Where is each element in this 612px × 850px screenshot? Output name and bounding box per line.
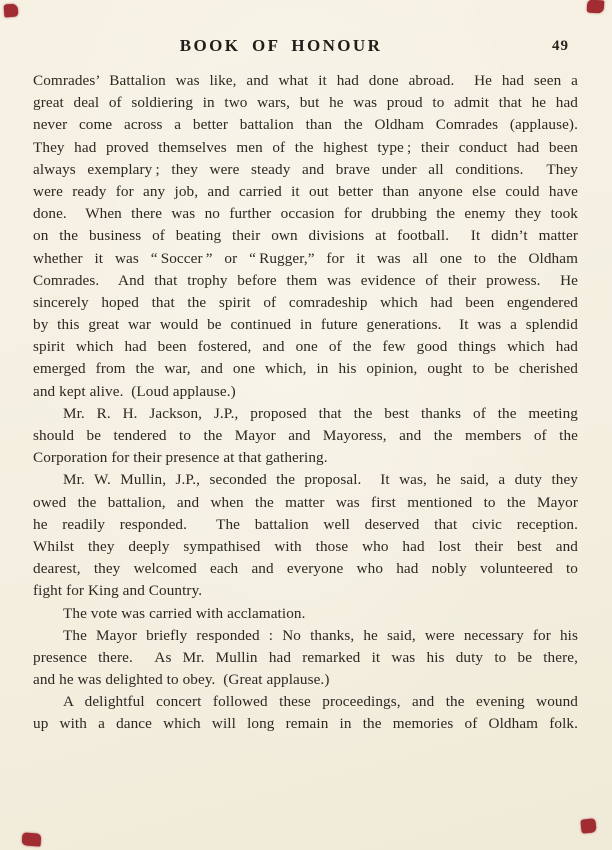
text-line: and kept alive. (Loud applause.)	[33, 381, 578, 403]
text-line: owed the battalion, and when the matter …	[33, 492, 578, 514]
text-line: presence there. As Mr. Mullin had remark…	[33, 647, 578, 669]
text-line: up with a dance which will long remain i…	[33, 713, 578, 735]
text-line: sincerely hoped that the spirit of comra…	[33, 292, 578, 314]
text-line: on the business of beating their own div…	[33, 225, 578, 247]
text-line: fight for King and Country.	[33, 580, 578, 602]
red-corner-mark-bottom-left	[22, 832, 42, 846]
text-line: never come across a better battalion tha…	[33, 114, 578, 136]
text-line: he readily responded. The battalion well…	[33, 514, 578, 536]
text-line: always exemplary ; they were steady and …	[33, 159, 578, 181]
text-line: They had proved themselves men of the hi…	[33, 137, 578, 159]
text-line: spirit which had been fostered, and one …	[33, 336, 578, 358]
red-corner-mark-bottom-right	[580, 818, 596, 833]
text-line: done. When there was no further occasion…	[33, 203, 578, 225]
text-line: were ready for any job, and carried it o…	[33, 181, 578, 203]
book-page: BOOK OF HONOUR 49 Comrades’ Battalion wa…	[0, 0, 612, 850]
text-line: great deal of soldiering in two wars, bu…	[33, 92, 578, 114]
text-line: A delightful concert followed these proc…	[33, 691, 578, 713]
text-line: Whilst they deeply sympathised with thos…	[33, 536, 578, 558]
text-line: should be tendered to the Mayor and Mayo…	[33, 425, 578, 447]
page-header-title: BOOK OF HONOUR	[0, 36, 562, 56]
red-corner-mark-top-right	[587, 0, 605, 13]
text-line: Mr. W. Mullin, J.P., seconded the propos…	[33, 469, 578, 491]
text-line: emerged from the war, and one which, in …	[33, 358, 578, 380]
text-line: and he was delighted to obey. (Great app…	[33, 669, 578, 691]
text-line: whether it was “ Soccer ” or “ Rugger,” …	[33, 248, 578, 270]
text-line: The vote was carried with acclamation.	[33, 603, 578, 625]
text-line: by this great war would be continued in …	[33, 314, 578, 336]
red-corner-mark-top-left	[4, 4, 19, 18]
page-number: 49	[552, 38, 569, 55]
text-line: Comrades’ Battalion was like, and what i…	[33, 70, 578, 92]
text-line: The Mayor briefly responded : No thanks,…	[33, 625, 578, 647]
text-line: Corporation for their presence at that g…	[33, 447, 578, 469]
text-line: dearest, they welcomed each and everyone…	[33, 558, 578, 580]
page-body-text: Comrades’ Battalion was like, and what i…	[33, 70, 578, 736]
text-line: Comrades. And that trophy before them wa…	[33, 270, 578, 292]
text-line: Mr. R. H. Jackson, J.P., proposed that t…	[33, 403, 578, 425]
